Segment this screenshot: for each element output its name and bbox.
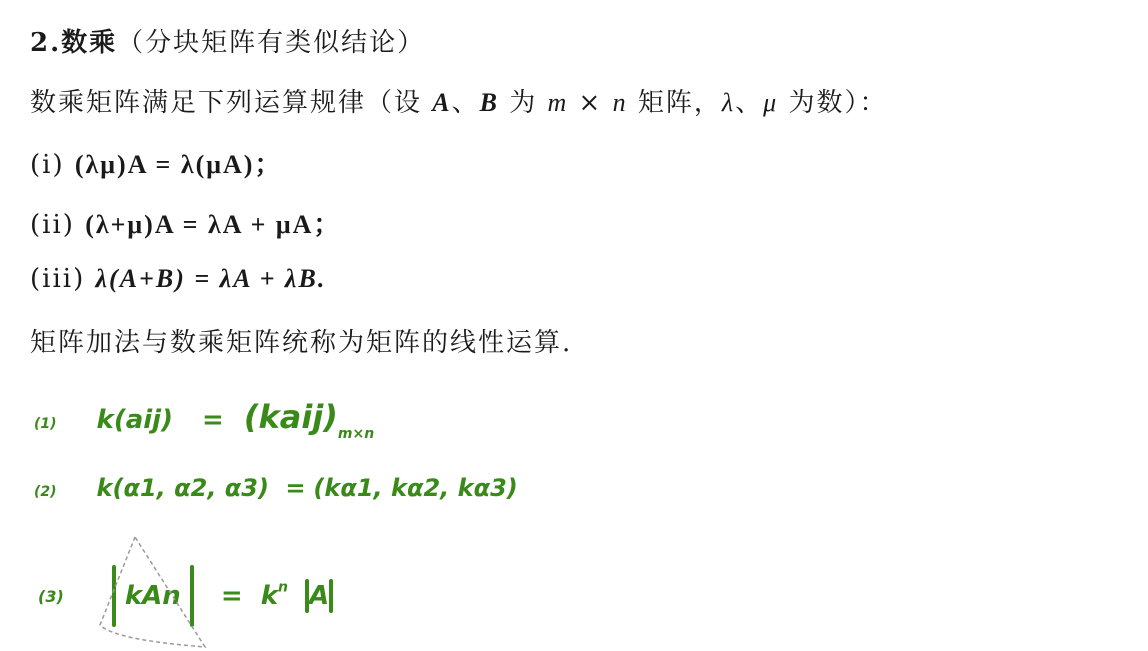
rule-formula: (λμ)A = λ(μA)； (75, 150, 283, 179)
matrix-b: B (480, 88, 499, 117)
rule-3: (iii) λ(A+B) = λA + λB. (30, 264, 326, 294)
note-rhs-sup: n (278, 580, 288, 596)
rule-formula: λ(A+B) = λA + λB. (96, 264, 327, 293)
intro-suffix: 为数）： (778, 88, 887, 118)
note-label: (2) (34, 484, 57, 500)
handwritten-note-1: (1)k(aij) =(kaij)m×n (34, 398, 374, 442)
rule-1: (i) (λμ)A = λ(μA)； (30, 144, 282, 181)
intro-mid: 为 (499, 88, 548, 118)
intro-mid2: 矩阵， (628, 88, 722, 118)
intro-prefix: 数乘矩阵满足下列运算规律（设 (30, 88, 432, 118)
note-eq: = (202, 405, 224, 435)
section-heading: 2.数乘（分块矩阵有类似结论） (30, 22, 425, 59)
note-rhs: (kaij) (244, 398, 338, 436)
rule-formula: (λ+μ)A = λA + μA； (85, 210, 341, 239)
rule-label: (ii) (30, 210, 75, 240)
summary-text: 矩阵加法与数乘矩阵统称为矩阵的线性运算. (30, 322, 572, 359)
separator2: 、 (735, 88, 763, 118)
matrix-a: A (432, 88, 451, 117)
note-rhs-base: k (261, 581, 278, 611)
note-label: (1) (34, 416, 57, 432)
rule-2: (ii) (λ+μ)A = λA + μA； (30, 204, 341, 241)
section-title: 数乘 (61, 28, 117, 58)
note-sub: m×n (338, 426, 374, 442)
times-sign: × (568, 88, 612, 118)
det-bar-right-2 (329, 579, 333, 613)
note-eq: = (221, 581, 243, 611)
note-eq: = (285, 474, 305, 502)
rule-label: (i) (30, 150, 65, 180)
var-m: m (548, 88, 569, 117)
handwritten-note-3: (3) kAn =kn A (38, 565, 333, 627)
note-rhs-det: A (309, 581, 329, 611)
note-rhs: (kα1, kα2, kα3) (313, 474, 517, 502)
var-lambda: λ (722, 88, 735, 117)
det-bar-left (112, 565, 116, 627)
var-mu: μ (763, 88, 778, 117)
rule-label: (iii) (30, 264, 85, 294)
note-lhs: k(α1, α2, α3) (97, 474, 269, 502)
var-n: n (613, 88, 628, 117)
handwritten-note-2: (2)k(α1, α2, α3) =(kα1, kα2, kα3) (34, 474, 518, 502)
separator: 、 (452, 88, 480, 118)
note-label: (3) (38, 587, 64, 606)
section-number: 2. (30, 28, 61, 58)
note-lhs: k(aij) (97, 405, 173, 435)
intro-text: 数乘矩阵满足下列运算规律（设 A、B 为 m × n 矩阵，λ、μ 为数）： (30, 82, 887, 119)
note-lhs: kAn (125, 581, 181, 611)
det-bar-right (190, 565, 194, 627)
section-note: （分块矩阵有类似结论） (117, 28, 425, 58)
